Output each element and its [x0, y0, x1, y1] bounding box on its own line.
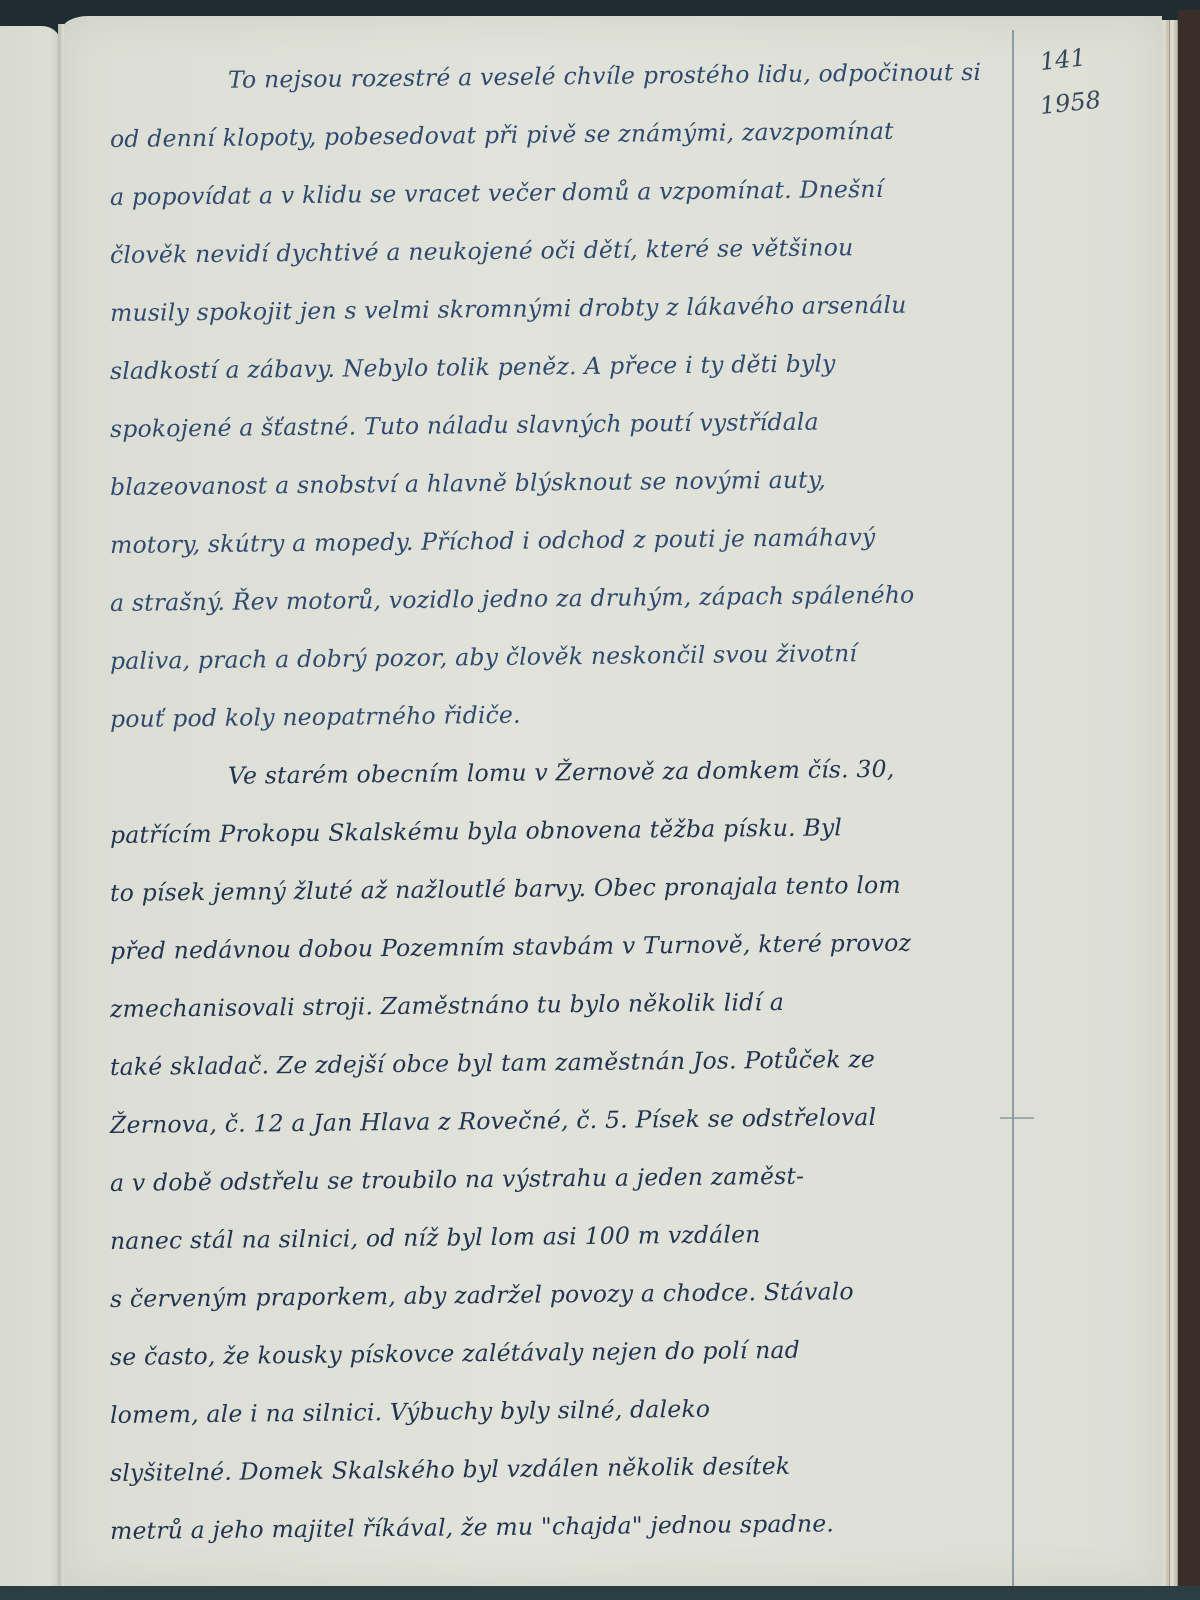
text-line: Ve starém obecním lomu v Žernově za domk…	[110, 739, 1011, 806]
text-line: zmechanisovali stroji. Zaměstnáno tu byl…	[110, 971, 1011, 1038]
paragraph-2: Ve starém obecním lomu v Žernově za domk…	[110, 748, 1010, 1560]
text-line: od denní klopoty, pobesedovat při pivě s…	[110, 101, 1011, 168]
text-line: To nejsou rozestré a veselé chvíle prost…	[110, 43, 1011, 110]
text-line: s červeným praporkem, aby zadržel povozy…	[110, 1261, 1011, 1328]
text-line: spokojené a šťastné. Tuto náladu slavnýc…	[110, 391, 1011, 458]
book-cover-edge	[1178, 10, 1200, 1600]
text-line: nanec stál na silnici, od níž byl lom as…	[110, 1203, 1011, 1270]
text-line: a popovídat a v klidu se vracet večer do…	[110, 159, 1011, 226]
text-line: musily spokojit jen s velmi skromnými dr…	[110, 275, 1011, 342]
text-line: paliva, prach a dobrý pozor, aby člověk …	[110, 623, 1011, 690]
text-line: metrů a jeho majitel říkával, že mu "cha…	[110, 1493, 1011, 1560]
text-line: se často, že kousky pískovce zalétávaly …	[110, 1319, 1011, 1386]
paragraph-1: To nejsou rozestré a veselé chvíle prost…	[110, 52, 1010, 748]
text-line: slyšitelné. Domek Skalského byl vzdálen …	[110, 1435, 1011, 1502]
text-line: Žernova, č. 12 a Jan Hlava z Rovečné, č.…	[110, 1087, 1011, 1154]
text-line: sladkostí a zábavy. Nebylo tolik peněz. …	[110, 333, 1011, 400]
text-line: patřícím Prokopu Skalskému byla obnovena…	[110, 797, 1011, 864]
margin-rule	[1012, 30, 1014, 1590]
book-cover-bottom	[0, 1586, 1200, 1600]
text-line: člověk nevidí dychtivé a neukojené oči d…	[110, 217, 1011, 284]
text-line: před nedávnou dobou Pozemním stavbám v T…	[110, 913, 1011, 980]
text-line: a strašný. Řev motorů, vozidlo jedno za …	[110, 565, 1011, 632]
text-line: motory, skútry a mopedy. Příchod i odcho…	[110, 507, 1011, 574]
text-line: také skladač. Ze zdejší obce byl tam zam…	[110, 1029, 1011, 1096]
margin-annotations: 141 1958	[1040, 40, 1160, 128]
left-page-edge	[0, 26, 62, 1592]
handwritten-text: To nejsou rozestré a veselé chvíle prost…	[110, 52, 1010, 1560]
text-line: to písek jemný žluté až nažloutlé barvy.…	[110, 855, 1011, 922]
text-line: lomem, ale i na silnici. Výbuchy byly si…	[110, 1377, 1011, 1444]
book-gutter	[58, 24, 64, 1594]
text-line: blazeovanost a snobství a hlavně blýskno…	[110, 449, 1011, 516]
text-line: a v době odstřelu se troubilo na výstrah…	[110, 1145, 1011, 1212]
text-line: pouť pod koly neopatrného řidiče.	[110, 681, 1011, 748]
